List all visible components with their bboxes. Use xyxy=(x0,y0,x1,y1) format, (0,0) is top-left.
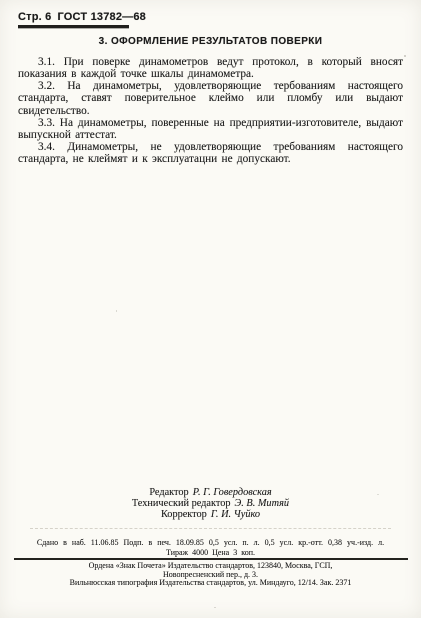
header-rule xyxy=(18,25,129,28)
publisher-line-2: Новопресненский пер., д. 3. xyxy=(0,571,421,579)
credit-line-technical-editor: Технический редакторЭ. В. Митяй xyxy=(0,498,421,509)
paragraph-3-2: 3.2. На динамометры, удовлетворяющие тер… xyxy=(18,80,403,116)
credit-role: Редактор xyxy=(149,487,188,498)
publisher-block: Ордена «Знак Почета» Издательство станда… xyxy=(0,562,421,588)
paragraph-3-1: 3.1. При поверке динамометров ведут прот… xyxy=(18,56,403,80)
imprint-line-2: Тираж 4000 Цена 3 коп. xyxy=(0,548,421,557)
paragraph-3-3: 3.3. На динамометры, поверенные на предп… xyxy=(18,117,403,141)
imprint-line-1: Сдано в наб. 11.06.85 Подп. в печ. 18.09… xyxy=(16,538,405,547)
paragraph-3-4: 3.4. Динамометры, не удовлетворяющие тре… xyxy=(18,141,403,165)
scan-noise-speck xyxy=(377,494,379,495)
credit-role: Технический редактор xyxy=(132,498,231,509)
scan-noise-speck xyxy=(116,310,117,312)
scan-noise-speck xyxy=(404,55,406,57)
credit-role: Корректор xyxy=(161,509,207,520)
section-title: 3. ОФОРМЛЕНИЕ РЕЗУЛЬТАТОВ ПОВЕРКИ xyxy=(0,36,421,47)
credit-line-editor: РедакторР. Г. Говердовская xyxy=(0,487,421,498)
publisher-line-3: Вильнюсская типография Издательства стан… xyxy=(0,579,421,587)
running-head: Стр. 6ГОСТ 13782—68 xyxy=(18,11,146,23)
credits-block: РедакторР. Г. Говердовская Технический р… xyxy=(0,487,421,521)
publisher-line-1: Ордена «Знак Почета» Издательство станда… xyxy=(0,562,421,570)
body-text: 3.1. При поверке динамометров ведут прот… xyxy=(18,56,403,165)
document-page: Стр. 6ГОСТ 13782—68 3. ОФОРМЛЕНИЕ РЕЗУЛЬ… xyxy=(0,0,421,618)
colophon-rule xyxy=(14,558,408,560)
scan-noise-speck xyxy=(214,607,216,608)
page-number: Стр. 6 xyxy=(18,11,51,23)
faint-separator-rule xyxy=(30,528,391,529)
credit-name: Р. Г. Говердовская xyxy=(193,487,272,498)
credit-name: Э. В. Митяй xyxy=(235,498,290,509)
standard-number: ГОСТ 13782—68 xyxy=(57,11,146,23)
credit-line-corrector: КорректорГ. И. Чуйко xyxy=(0,509,421,520)
credit-name: Г. И. Чуйко xyxy=(211,509,260,520)
